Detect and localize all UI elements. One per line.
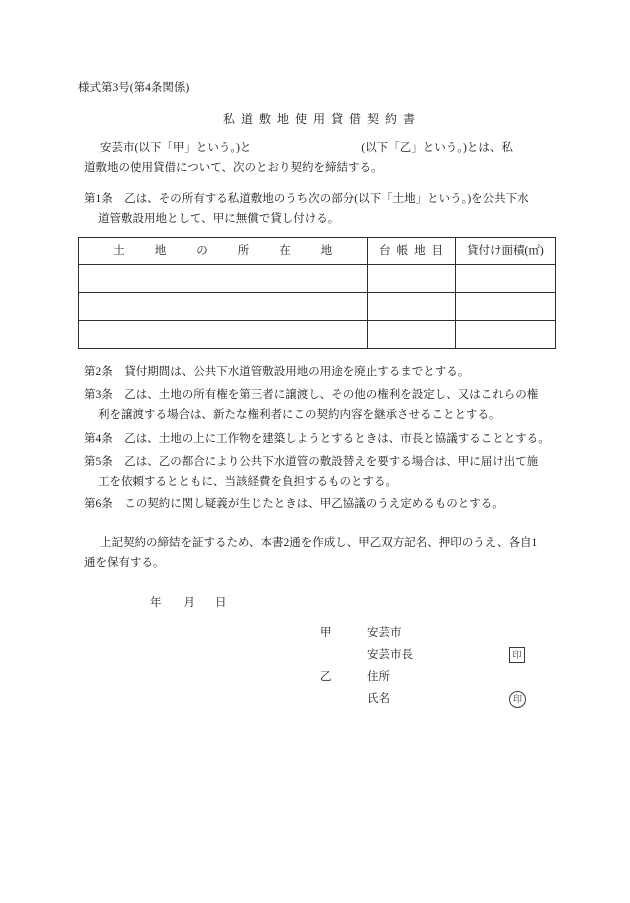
table-row — [79, 293, 556, 321]
signature-row-mayor: 安芸市長 印 — [320, 644, 556, 666]
party-b-mark: 乙 — [320, 666, 367, 688]
article-5: 第5条 乙は、乙の都合により公共下水道管の敷設替えを要する場合は、甲に届け出て施… — [84, 452, 574, 492]
mayor-title: 安芸市長 — [367, 644, 509, 666]
cell-category-3[interactable] — [367, 321, 455, 349]
article-6: 第6条 この契約に関し疑義が生じたときは、甲乙協議のうえ定めるものとする。 — [84, 494, 574, 514]
signature-row-party-b: 乙 住所 — [320, 666, 556, 688]
column-header-location: 土地の所在地 — [79, 238, 368, 265]
land-parcel-table: 土地の所在地 台帳地目 貸付け面積(㎡) — [78, 237, 556, 349]
date-month-label: 月 — [184, 597, 196, 609]
signature-row-party-b-name: 氏名 印 — [320, 688, 556, 710]
closing-paragraph: 上記契約の締結を証するため、本書2通を作成し、甲乙双方記名、押印のうえ、各自1 … — [84, 533, 560, 573]
document-title: 私道敷地使用貸借契約書 — [84, 109, 560, 129]
cell-area-3[interactable] — [455, 321, 555, 349]
cell-area-1[interactable] — [455, 265, 555, 293]
cell-location-3[interactable] — [79, 321, 368, 349]
contract-document-page: 様式第3号(第4条関係) 私道敷地使用貸借契約書 安芸市(以下「甲」という。)と… — [0, 0, 630, 903]
table-row — [79, 321, 556, 349]
article-2: 第2条 貸付期間は、公共下水道管敷設用地の用途を廃止するまでとする。 — [84, 362, 574, 382]
party-a-mark: 甲 — [320, 622, 367, 644]
seal-square-icon: 印 — [509, 647, 525, 663]
date-day-label: 日 — [215, 597, 227, 609]
intro-party-a-text: 安芸市(以下「甲」という。)と — [100, 142, 251, 154]
table-row — [79, 265, 556, 293]
cell-category-1[interactable] — [367, 265, 455, 293]
party-a-name: 安芸市 — [367, 622, 556, 644]
date-line: 年月日 — [150, 593, 560, 613]
party-b-name-label[interactable]: 氏名 — [367, 688, 509, 710]
signature-block: 甲 安芸市 安芸市長 印 乙 住所 氏名 印 — [320, 622, 556, 710]
intro-paragraph: 安芸市(以下「甲」という。)と(以下「乙」という。)とは、私 道敷地の使用貸借に… — [84, 138, 560, 178]
cell-category-2[interactable] — [367, 293, 455, 321]
table-header-row: 土地の所在地 台帳地目 貸付け面積(㎡) — [79, 238, 556, 265]
cell-location-2[interactable] — [79, 293, 368, 321]
column-header-area: 貸付け面積(㎡) — [455, 238, 555, 265]
article-1: 第1条 乙は、その所有する私道敷地のうち次の部分(以下「土地」という。)を公共下… — [84, 189, 574, 229]
cell-area-2[interactable] — [455, 293, 555, 321]
party-b-name-field[interactable] — [251, 150, 361, 151]
form-number: 様式第3号(第4条関係) — [78, 78, 560, 98]
column-header-category: 台帳地目 — [367, 238, 455, 265]
article-3: 第3条 乙は、土地の所有権を第三者に譲渡し、その他の権利を設定し、又はこれらの権… — [84, 385, 574, 425]
party-b-address-label[interactable]: 住所 — [367, 666, 556, 688]
seal-circle-icon: 印 — [509, 691, 526, 708]
article-4: 第4条 乙は、土地の上に工作物を建築しようとするときは、市長と協議することとする… — [84, 429, 574, 449]
signature-row-party-a: 甲 安芸市 — [320, 622, 556, 644]
cell-location-1[interactable] — [79, 265, 368, 293]
date-year-label: 年 — [150, 597, 162, 609]
